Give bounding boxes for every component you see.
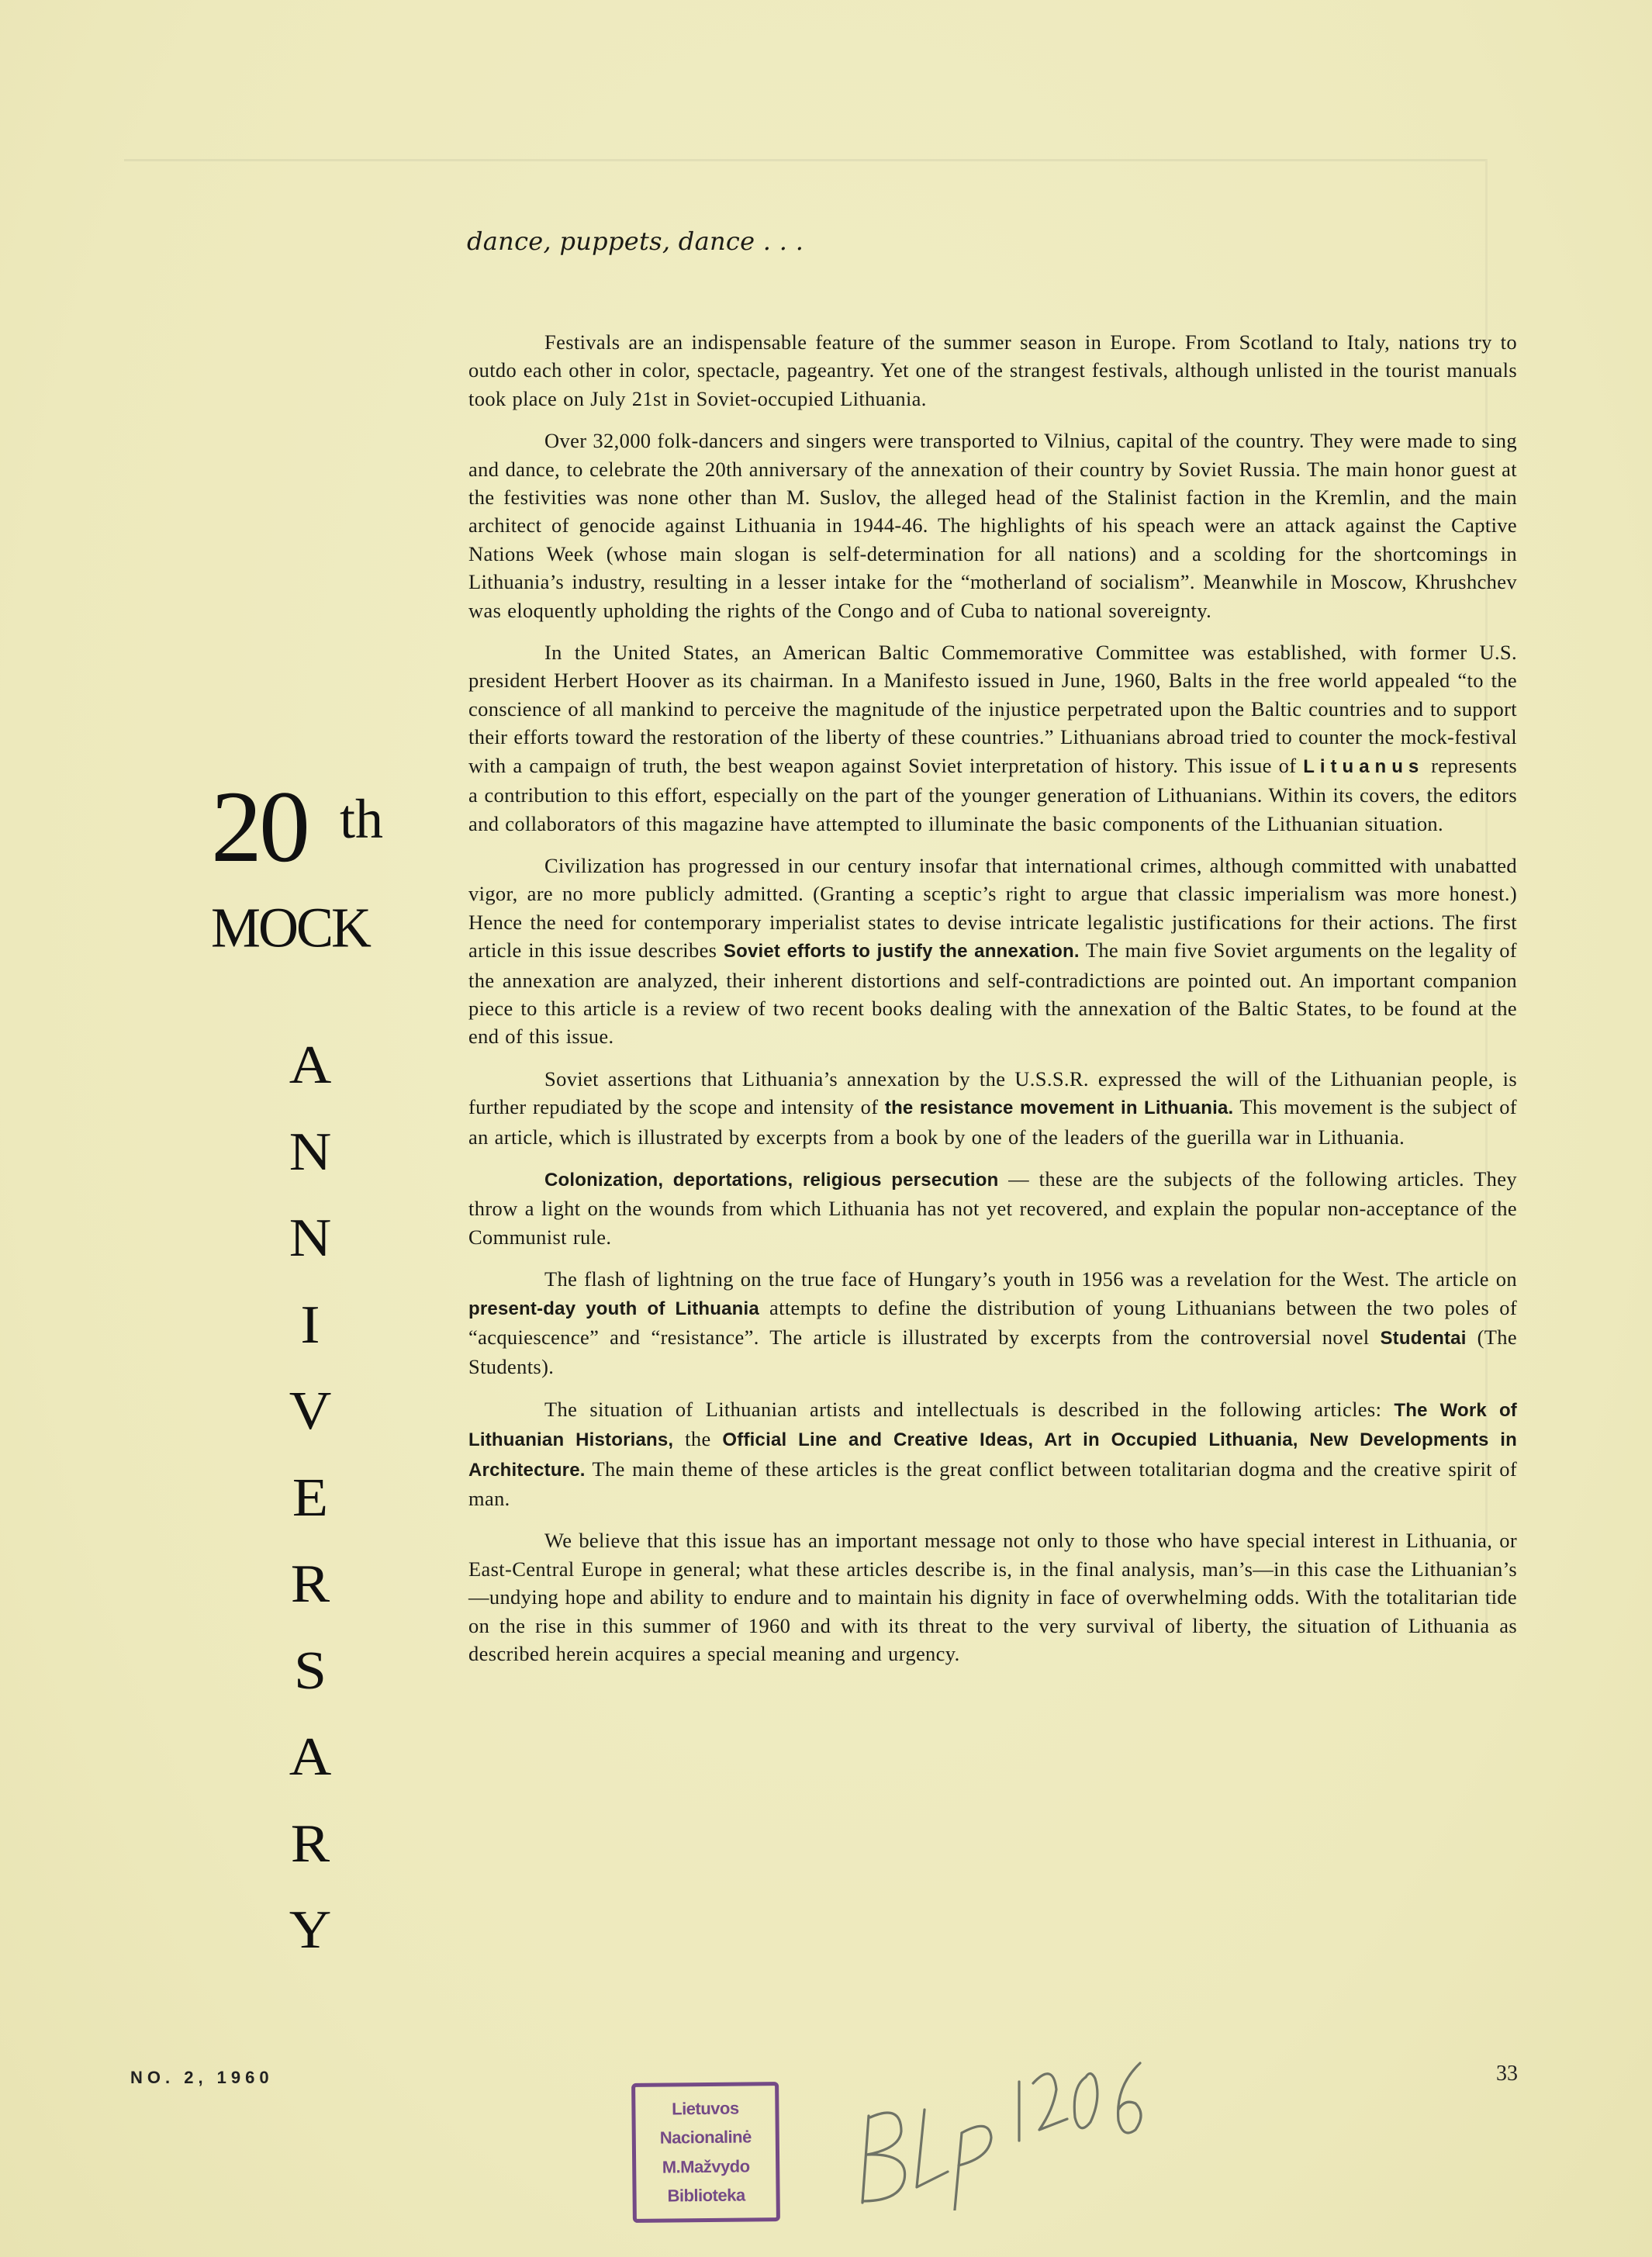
body-paragraph: Civilization has progressed in our centu… [468, 852, 1517, 1051]
magazine-name: Lituanus [1303, 756, 1424, 777]
paragraph-text: the [673, 1427, 722, 1450]
paragraph-text: The flash of lightning on the true face … [544, 1267, 1517, 1291]
body-paragraph: We believe that this issue has an import… [468, 1526, 1517, 1668]
vertical-letter: R [251, 1801, 368, 1888]
vertical-letter: Y [251, 1887, 368, 1974]
library-stamp: LietuvosNacionalinėM.MažvydoBiblioteka [631, 2082, 780, 2223]
vertical-letter: V [251, 1368, 368, 1455]
paragraph-text: The main theme of these articles is the … [468, 1457, 1517, 1510]
article-body: Festivals are an indispensable feature o… [468, 328, 1517, 1682]
body-paragraph: The flash of lightning on the true face … [468, 1265, 1517, 1381]
emphasized-article-title: Soviet efforts to justify the an­nexatio… [724, 941, 1080, 962]
emphasized-article-title: present-day youth of Lithuania [468, 1298, 759, 1319]
handwritten-call-number [853, 2055, 1218, 2210]
stamp-text-line: M.Mažvydo [662, 2158, 750, 2176]
paragraph-text: The situation of Lithuanian artists and … [544, 1398, 1394, 1421]
stamp-text-line: Lietuvos [672, 2100, 739, 2117]
body-paragraph: Colonization, deportations, religious pe… [468, 1165, 1517, 1251]
page-number: 33 [1496, 2062, 1518, 2086]
body-paragraph: In the United States, an American Baltic… [468, 638, 1517, 838]
side-title-vertical-anniversary: ANNIVERSARY [256, 1022, 365, 1974]
paragraph-text: Over 32,000 folk-dancers and singers wer… [468, 429, 1517, 621]
stamp-text-line: Biblioteka [667, 2187, 745, 2205]
body-paragraph: Soviet assertions that Lithuania’s annex… [468, 1065, 1517, 1151]
vertical-letter: N [251, 1109, 368, 1196]
paragraph-text: We believe that this issue has an import… [468, 1529, 1517, 1665]
side-title-ordinal: th [340, 791, 383, 847]
body-paragraph: The situation of Lithuanian artists and … [468, 1395, 1517, 1513]
vertical-letter: A [251, 1714, 368, 1801]
emphasized-article-title: the resistance movement in Lithuania. [885, 1097, 1234, 1118]
body-paragraph: Over 32,000 folk-dancers and singers wer… [468, 427, 1517, 624]
emphasized-article-title: Studentai [1380, 1328, 1466, 1349]
vertical-letter: I [251, 1282, 368, 1369]
article-subtitle: dance, puppets, dance . . . [467, 226, 804, 256]
vertical-letter: S [251, 1628, 368, 1715]
issue-label: NO. 2, 1960 [130, 2068, 274, 2088]
paragraph-text: Festivals are an indispensable feature o… [468, 330, 1517, 410]
vertical-letter: E [251, 1455, 368, 1542]
vertical-letter: A [251, 1022, 368, 1109]
vertical-letter: N [251, 1195, 368, 1282]
vertical-letter: R [251, 1541, 368, 1628]
emphasized-article-title: Colonization, deportations, religious pe… [544, 1170, 999, 1191]
document-page: dance, puppets, dance . . . 20 th MOCK A… [0, 0, 1652, 2257]
side-title-number: 20 [211, 776, 307, 878]
body-paragraph: Festivals are an indispensable feature o… [468, 328, 1517, 413]
side-title-mock: MOCK [211, 899, 369, 956]
stamp-text-line: Nacionalinė [660, 2129, 752, 2147]
